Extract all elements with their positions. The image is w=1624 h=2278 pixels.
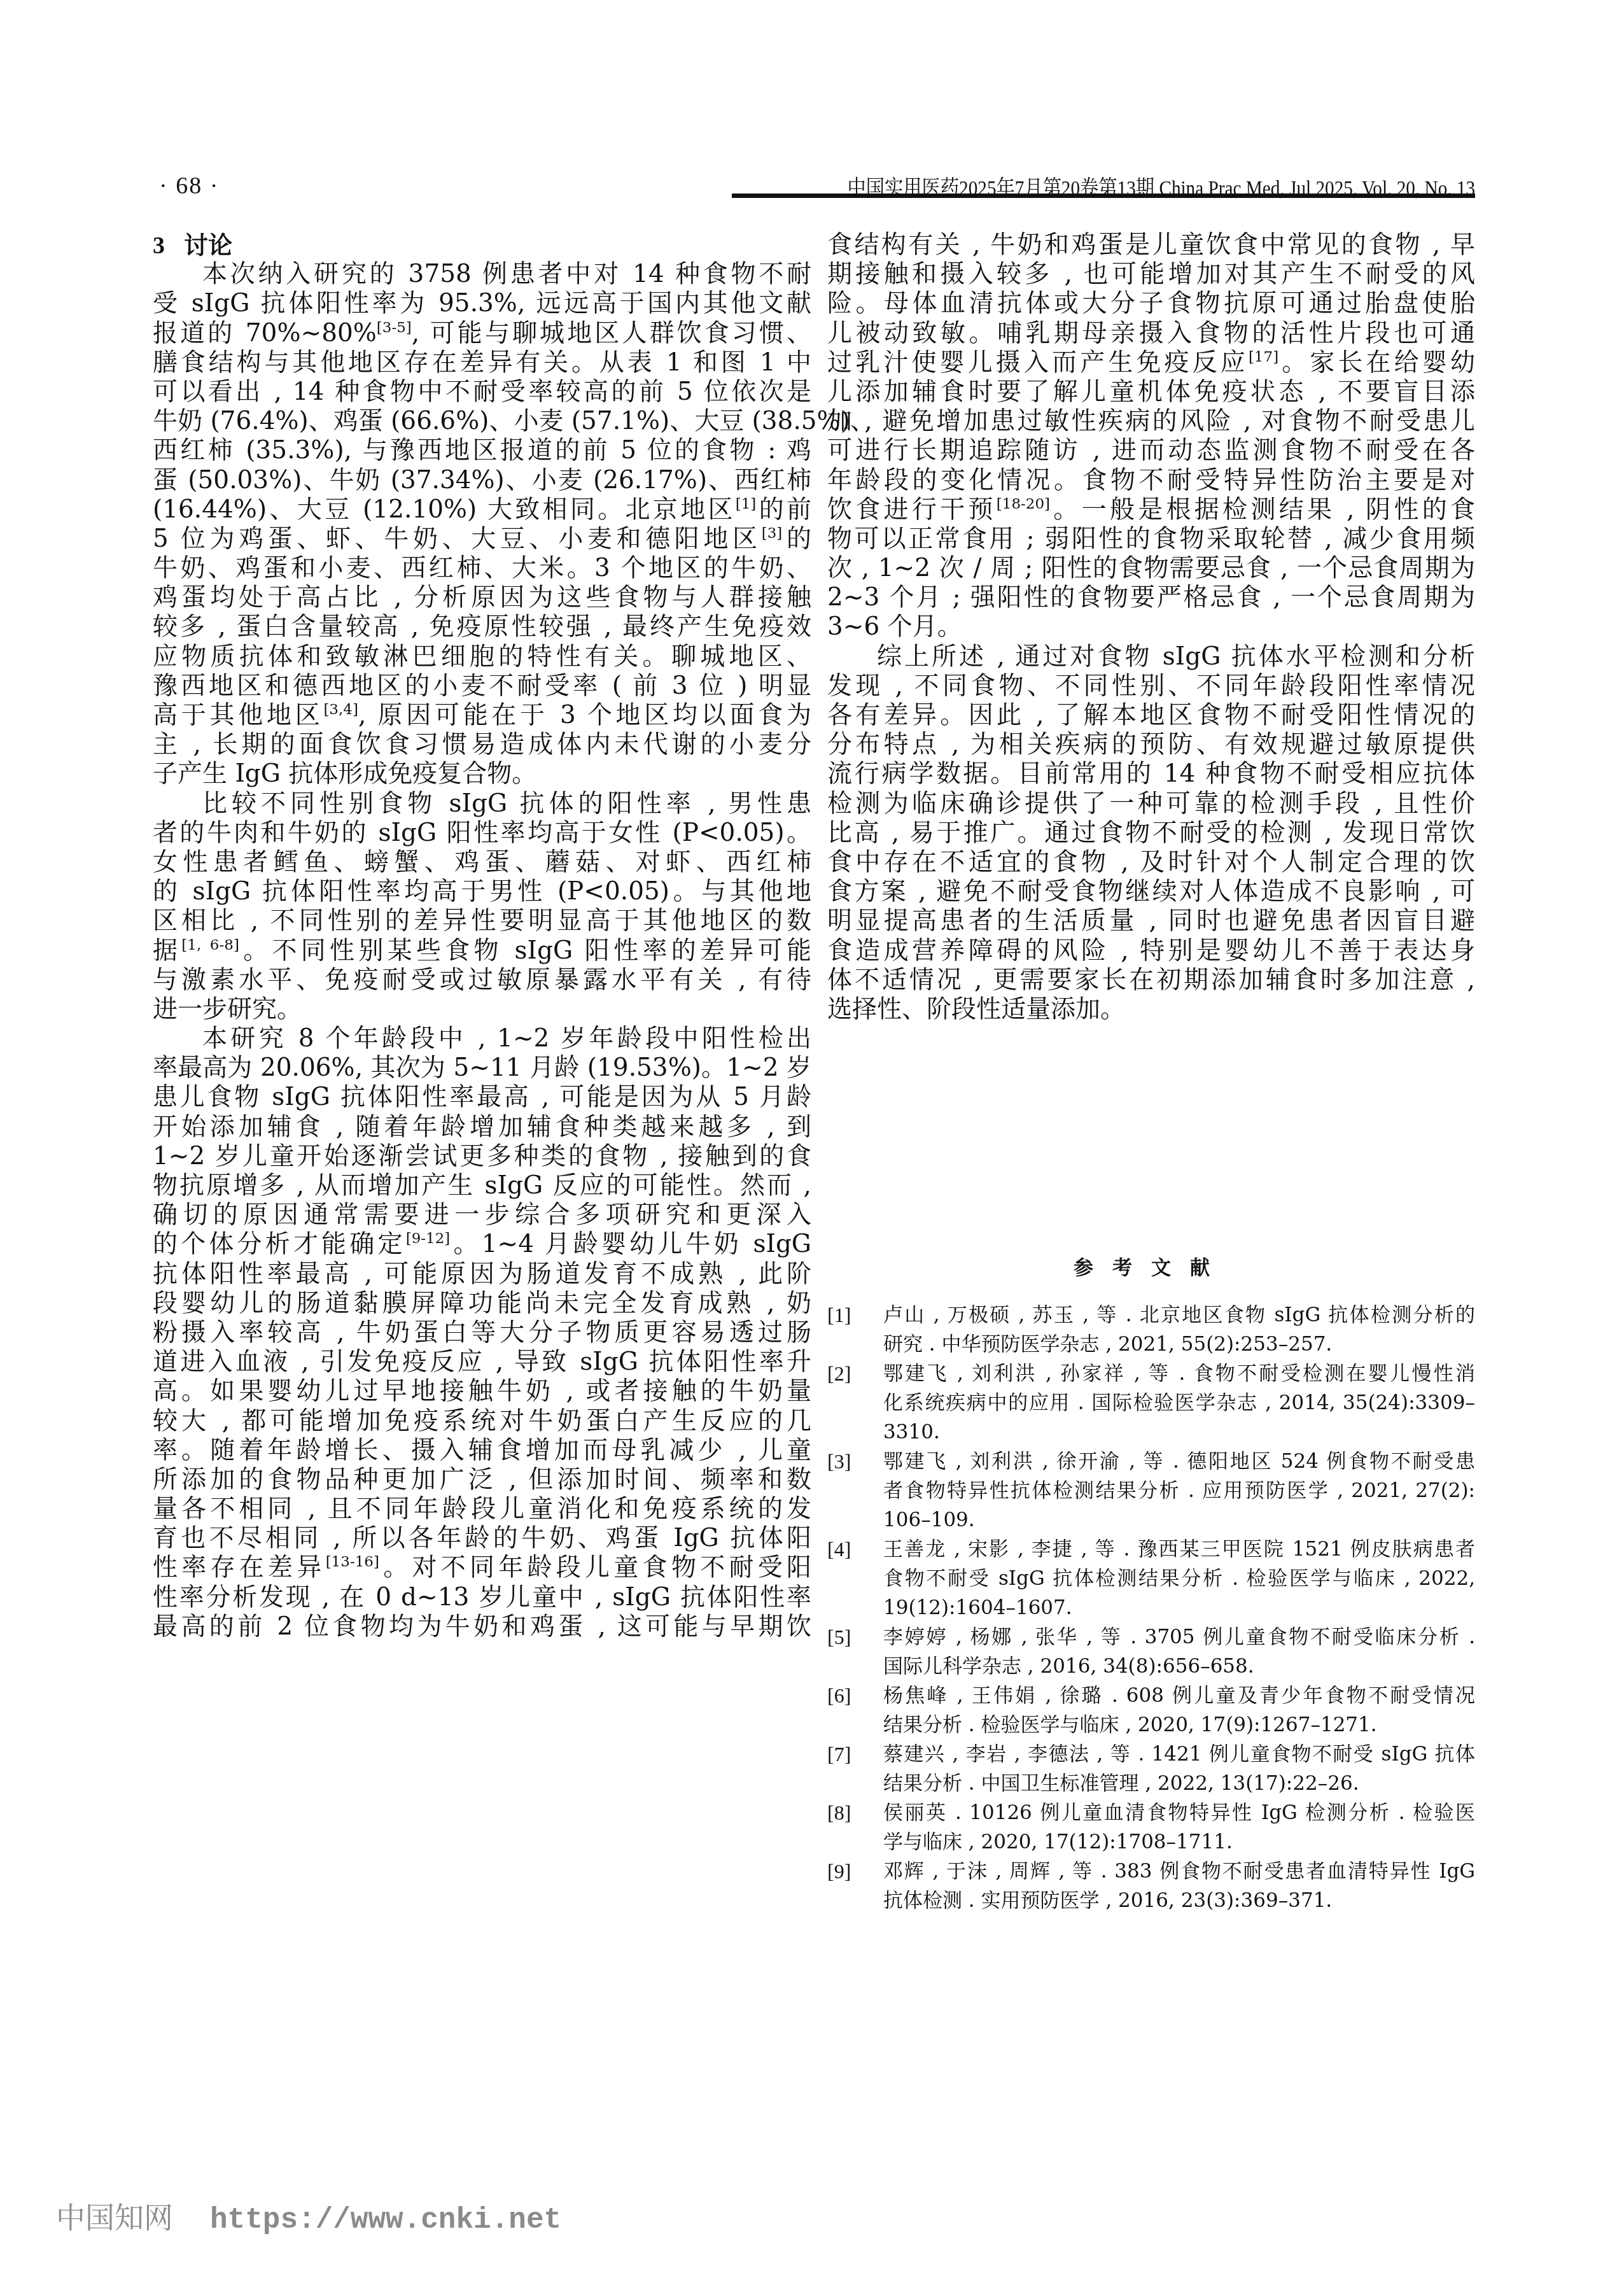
text-line: 主 , 长期的面食饮食习惯易造成体内未代谢的小麦分 bbox=[153, 730, 811, 759]
line-text: 量各不相同 , 且不同年龄段儿童消化和免疫系统的发 bbox=[153, 1494, 811, 1523]
line-text: 与激素水平、免疫耐受或过敏原暴露水平有关 , 有待 bbox=[153, 966, 811, 994]
reference-number: [6] bbox=[827, 1681, 851, 1710]
text-line: 流行病学数据。目前常用的 14 种食物不耐受相应抗体 bbox=[827, 759, 1475, 789]
citation-marker[interactable]: [13-16] bbox=[326, 1554, 379, 1570]
text-line: 各有差异。因此 , 了解本地区食物不耐受阳性情况的 bbox=[827, 701, 1475, 730]
text-line: 西红柿 (35.3%), 与豫西地区报道的前 5 位的食物 : 鸡 bbox=[153, 436, 811, 465]
line-text: 流行病学数据。目前常用的 14 种食物不耐受相应抗体 bbox=[827, 759, 1475, 788]
page-number: · 68 · bbox=[159, 172, 219, 200]
line-text-continued: , 原因可能在于 3 个地区均以面食为 bbox=[358, 701, 811, 729]
line-text: 的 sIgG 抗体阳性率均高于男性 (P<0.05)。与其他地 bbox=[153, 877, 811, 906]
reference-text-line: 鄂建飞 , 刘利洪 , 徐开渝 , 等 . 德阳地区 524 例食物不耐受患 bbox=[883, 1447, 1475, 1476]
line-text: 道进入血液 , 引发免疫反应 , 导致 sIgG 抗体阳性率升 bbox=[153, 1347, 811, 1376]
text-line: 食方案 , 避免不耐受食物继续对人体造成不良影响 , 可 bbox=[827, 877, 1475, 906]
reference-number: [3] bbox=[827, 1447, 851, 1476]
reference-number: [9] bbox=[827, 1857, 851, 1886]
text-line: 报道的 70%~80%[3-5], 可能与聊城地区人群饮食习惯、 bbox=[153, 319, 811, 348]
line-text: 西红柿 (35.3%), 与豫西地区报道的前 5 位的食物 : 鸡 bbox=[153, 436, 811, 465]
text-line: 体不适情况 , 更需要家长在初期添加辅食时多加注意 , bbox=[827, 966, 1475, 995]
text-line: 本次纳入研究的 3758 例患者中对 14 种食物不耐 bbox=[153, 260, 811, 289]
text-line: 物抗原增多 , 从而增加产生 sIgG 反应的可能性。然而 , bbox=[153, 1171, 811, 1200]
reference-text-line: 学与临床 , 2020, 17(12):1708–1711. bbox=[883, 1827, 1475, 1857]
text-line: 2~3 个月 ; 强阳性的食物要严格忌食 , 一个忌食周期为 bbox=[827, 583, 1475, 612]
line-text-continued: 。一般是根据检测结果 , 阴性的食 bbox=[1050, 495, 1475, 524]
text-line: 育也不尽相同 , 所以各年龄的牛奶、鸡蛋 IgG 抗体阳 bbox=[153, 1524, 811, 1553]
text-line: 膳食结构与其他地区存在差异有关。从表 1 和图 1 中 bbox=[153, 348, 811, 377]
text-line: 应物质抗体和致敏淋巴细胞的特性有关。聊城地区、 bbox=[153, 642, 811, 671]
line-text: 最高的前 2 位食物均为牛奶和鸡蛋 , 这可能与早期饮 bbox=[153, 1612, 811, 1641]
line-text: 儿被动致敏。哺乳期母亲摄入食物的活性片段也可通 bbox=[827, 319, 1475, 348]
text-line: 段婴幼儿的肠道黏膜屏障功能尚未完全发育成熟 , 奶 bbox=[153, 1289, 811, 1318]
reference-text-line: 杨焦峰 , 王伟娟 , 徐璐 . 608 例儿童及青少年食物不耐受情况 bbox=[883, 1681, 1475, 1710]
line-text: 可进行长期追踪随访 , 进而动态监测食物不耐受在各 bbox=[827, 436, 1475, 465]
text-line: 综上所述 , 通过对食物 sIgG 抗体水平检测和分析 bbox=[827, 642, 1475, 671]
line-text: 体不适情况 , 更需要家长在初期添加辅食时多加注意 , bbox=[827, 966, 1475, 994]
reference-text-line: 卢山 , 万极硕 , 苏玉 , 等 . 北京地区食物 sIgG 抗体检测分析的 bbox=[883, 1300, 1475, 1330]
reference-number: [1] bbox=[827, 1300, 851, 1330]
citation-marker[interactable]: [3,4] bbox=[323, 701, 358, 718]
line-text: 应物质抗体和致敏淋巴细胞的特性有关。聊城地区、 bbox=[153, 642, 811, 671]
line-text-continued: , 可能与聊城地区人群饮食习惯、 bbox=[412, 319, 811, 348]
text-line: 5 位为鸡蛋、虾、牛奶、大豆、小麦和德阳地区[3]的 bbox=[153, 524, 811, 554]
text-line: 道进入血液 , 引发免疫反应 , 导致 sIgG 抗体阳性率升 bbox=[153, 1347, 811, 1377]
left-column: 3讨论 本次纳入研究的 3758 例患者中对 14 种食物不耐受 sIgG 抗体… bbox=[153, 230, 811, 1642]
text-line: 牛奶 (76.4%)、鸡蛋 (66.6%)、小麦 (57.1%)、大豆 (38.… bbox=[153, 407, 811, 436]
text-line: 期接触和摄入较多 , 也可能增加对其产生不耐受的风 bbox=[827, 260, 1475, 289]
reference-text-line: 者食物特异性抗体检测结果分析 . 应用预防医学 , 2021, 27(2): bbox=[883, 1476, 1475, 1505]
text-line: 性率分析发现 , 在 0 d~13 岁儿童中 , sIgG 抗体阳性率 bbox=[153, 1583, 811, 1612]
line-text: 主 , 长期的面食饮食习惯易造成体内未代谢的小麦分 bbox=[153, 730, 811, 759]
reference-text-line: 19(12):1604–1607. bbox=[883, 1593, 1475, 1622]
reference-item: [5]李婷婷 , 杨娜 , 张华 , 等 . 3705 例儿童食物不耐受临床分析… bbox=[827, 1622, 1475, 1681]
line-text: 5 位为鸡蛋、虾、牛奶、大豆、小麦和德阳地区 bbox=[153, 524, 762, 553]
line-text: 较多 , 蛋白含量较高 , 免疫原性较强 , 最终产生免疫效 bbox=[153, 612, 811, 641]
text-line: 物可以正常食用 ; 弱阳性的食物采取轮替 , 减少食用频 bbox=[827, 524, 1475, 554]
line-text: 加 , 避免增加患过敏性疾病的风险 , 对食物不耐受患儿 bbox=[827, 407, 1475, 435]
reference-text-line: 李婷婷 , 杨娜 , 张华 , 等 . 3705 例儿童食物不耐受临床分析 . bbox=[883, 1622, 1475, 1652]
line-text: 膳食结构与其他地区存在差异有关。从表 1 和图 1 中 bbox=[153, 348, 811, 377]
line-text: 分布特点 , 为相关疾病的预防、有效规避过敏原提供 bbox=[827, 730, 1475, 759]
reference-item: [6]杨焦峰 , 王伟娟 , 徐璐 . 608 例儿童及青少年食物不耐受情况结果… bbox=[827, 1681, 1475, 1740]
reference-item: [7]蔡建兴 , 李岩 , 李德法 , 等 . 1421 例儿童食物不耐受 sI… bbox=[827, 1740, 1475, 1798]
line-text: 受 sIgG 抗体阳性率为 95.3%, 远远高于国内其他文献 bbox=[153, 289, 811, 318]
reference-text-line: 王善龙 , 宋影 , 李捷 , 等 . 豫西某三甲医院 1521 例皮肤病患者 bbox=[883, 1535, 1475, 1564]
cnki-watermark: 中国知网https://www.cnki.net bbox=[56, 2195, 561, 2237]
line-text: 患儿食物 sIgG 抗体阳性率最高 , 可能是因为从 5 月龄 bbox=[153, 1083, 811, 1111]
line-text: 比较不同性别食物 sIgG 抗体的阳性率 , 男性患 bbox=[202, 789, 811, 818]
line-text: 报道的 70%~80% bbox=[153, 319, 377, 348]
watermark-url[interactable]: https://www.cnki.net bbox=[210, 2204, 561, 2237]
line-text: 次 , 1~2 次 / 周 ; 阳性的食物需要忌食 , 一个忌食周期为 bbox=[827, 554, 1475, 582]
references-list: [1]卢山 , 万极硕 , 苏玉 , 等 . 北京地区食物 sIgG 抗体检测分… bbox=[827, 1300, 1475, 1915]
text-line: 3~6 个月。 bbox=[827, 612, 1475, 642]
line-text: 物抗原增多 , 从而增加产生 sIgG 反应的可能性。然而 , bbox=[153, 1171, 811, 1200]
line-text: 儿添加辅食时要了解儿童机体免疫状态 , 不要盲目添 bbox=[827, 377, 1475, 406]
line-text: 综上所述 , 通过对食物 sIgG 抗体水平检测和分析 bbox=[877, 642, 1475, 671]
text-line: 粉摄入率较高 , 牛奶蛋白等大分子物质更容易透过肠 bbox=[153, 1318, 811, 1347]
line-text: 粉摄入率较高 , 牛奶蛋白等大分子物质更容易透过肠 bbox=[153, 1318, 811, 1347]
reference-number: [7] bbox=[827, 1740, 851, 1769]
text-line: 区相比 , 不同性别的差异性要明显高于其他地区的数 bbox=[153, 906, 811, 936]
line-text: 的个体分析才能确定 bbox=[153, 1230, 406, 1258]
reference-text-line: 侯丽英 . 10126 例儿童血清食物特异性 IgG 检测分析 . 检验医 bbox=[883, 1798, 1475, 1827]
text-line: 可进行长期追踪随访 , 进而动态监测食物不耐受在各 bbox=[827, 436, 1475, 465]
line-text: 物可以正常食用 ; 弱阳性的食物采取轮替 , 减少食用频 bbox=[827, 524, 1475, 553]
reference-text-line: 国际儿科学杂志 , 2016, 34(8):656–658. bbox=[883, 1652, 1475, 1681]
line-text: 开始添加辅食 , 随着年龄增加辅食种类越来越多 , 到 bbox=[153, 1113, 811, 1141]
text-line: 蛋 (50.03%)、牛奶 (37.34%)、小麦 (26.17%)、西红柿 bbox=[153, 466, 811, 495]
reference-text-line: 结果分析 . 中国卫生标准管理 , 2022, 13(17):22–26. bbox=[883, 1769, 1475, 1798]
reference-text-line: 食物不耐受 sIgG 抗体检测结果分析 . 检验医学与临床 , 2022, bbox=[883, 1564, 1475, 1593]
text-line: 险。母体血清抗体或大分子食物抗原可通过胎盘使胎 bbox=[827, 289, 1475, 318]
reference-item: [8]侯丽英 . 10126 例儿童血清食物特异性 IgG 检测分析 . 检验医… bbox=[827, 1798, 1475, 1857]
text-line: 食中存在不适宜的食物 , 及时针对个人制定合理的饮 bbox=[827, 848, 1475, 877]
text-line: (16.44%)、大豆 (12.10%) 大致相同。北京地区[1]的前 bbox=[153, 495, 811, 524]
text-line: 发现 , 不同食物、不同性别、不同年龄段阳性率情况 bbox=[827, 671, 1475, 701]
text-line: 率。随着年龄增长、摄入辅食增加而母乳减少 , 儿童 bbox=[153, 1436, 811, 1465]
citation-marker[interactable]: [1, 6-8] bbox=[181, 937, 239, 953]
line-text: 子产生 IgG 抗体形成免疫复合物。 bbox=[153, 759, 536, 788]
line-text: 率最高为 20.06%, 其次为 5~11 月龄 (19.53%)。1~2 岁 bbox=[153, 1053, 811, 1082]
text-line: 量各不相同 , 且不同年龄段儿童消化和免疫系统的发 bbox=[153, 1494, 811, 1524]
line-text: 1~2 岁儿童开始逐渐尝试更多种类的食物 , 接触到的食 bbox=[153, 1142, 811, 1171]
line-text-continued: 。对不同年龄段儿童食物不耐受阳 bbox=[379, 1553, 811, 1582]
line-text-continued: 。家长在给婴幼 bbox=[1278, 348, 1475, 377]
line-text: 明显提高患者的生活质量 , 同时也避免患者因盲目避 bbox=[827, 906, 1475, 935]
line-text: (16.44%)、大豆 (12.10%) 大致相同。北京地区 bbox=[153, 495, 736, 524]
text-line: 性率存在差异[13-16]。对不同年龄段儿童食物不耐受阳 bbox=[153, 1553, 811, 1582]
text-line: 年龄段的变化情况。食物不耐受特异性防治主要是对 bbox=[827, 466, 1475, 495]
citation-marker[interactable]: [17] bbox=[1249, 349, 1278, 365]
text-line: 进一步研究。 bbox=[153, 995, 811, 1024]
text-line: 可以看出 , 14 种食物中不耐受率较高的前 5 位依次是 bbox=[153, 377, 811, 407]
line-text: 2~3 个月 ; 强阳性的食物要严格忌食 , 一个忌食周期为 bbox=[827, 583, 1475, 612]
text-line: 高。如果婴幼儿过早地接触牛奶 , 或者接触的牛奶量 bbox=[153, 1377, 811, 1406]
text-line: 子产生 IgG 抗体形成免疫复合物。 bbox=[153, 759, 811, 789]
text-line: 最高的前 2 位食物均为牛奶和鸡蛋 , 这可能与早期饮 bbox=[153, 1612, 811, 1642]
text-line: 检测为临床确诊提供了一种可靠的检测手段 , 且性价 bbox=[827, 789, 1475, 819]
text-line: 儿添加辅食时要了解儿童机体免疫状态 , 不要盲目添 bbox=[827, 377, 1475, 407]
line-text: 检测为临床确诊提供了一种可靠的检测手段 , 且性价 bbox=[827, 789, 1475, 818]
line-text: 饮食进行干预 bbox=[827, 495, 997, 524]
reference-text-line: 蔡建兴 , 李岩 , 李德法 , 等 . 1421 例儿童食物不耐受 sIgG … bbox=[883, 1740, 1475, 1769]
line-text: 选择性、阶段性适量添加。 bbox=[827, 995, 1125, 1023]
text-line: 食结构有关 , 牛奶和鸡蛋是儿童饮食中常见的食物 , 早 bbox=[827, 230, 1475, 260]
text-line: 所添加的食物品种更加广泛 , 但添加时间、频率和数 bbox=[153, 1465, 811, 1494]
text-line: 饮食进行干预[18-20]。一般是根据检测结果 , 阴性的食 bbox=[827, 495, 1475, 524]
text-line: 豫西地区和德西地区的小麦不耐受率 ( 前 3 位 ) 明显 bbox=[153, 671, 811, 701]
line-text: 进一步研究。 bbox=[153, 995, 302, 1023]
reference-text-line: 抗体检测 . 实用预防医学 , 2016, 23(3):369–371. bbox=[883, 1886, 1475, 1915]
line-text-continued: 的前 bbox=[756, 495, 811, 524]
text-line: 与激素水平、免疫耐受或过敏原暴露水平有关 , 有待 bbox=[153, 966, 811, 995]
reference-text-line: 化系统疾病中的应用 . 国际检验医学杂志 , 2014, 35(24):3309… bbox=[883, 1388, 1475, 1417]
line-text: 鸡蛋均处于高占比 , 分析原因为这些食物与人群接触 bbox=[153, 583, 811, 612]
line-text: 段婴幼儿的肠道黏膜屏障功能尚未完全发育成熟 , 奶 bbox=[153, 1289, 811, 1318]
reference-number: [2] bbox=[827, 1359, 851, 1388]
line-text-continued: 的 bbox=[782, 524, 811, 553]
text-line: 本研究 8 个年龄段中 , 1~2 岁年龄段中阳性检出 bbox=[153, 1024, 811, 1053]
line-text: 确切的原因通常需要进一步综合多项研究和更深入 bbox=[153, 1200, 811, 1229]
line-text: 高于其他地区 bbox=[153, 701, 323, 729]
text-line: 次 , 1~2 次 / 周 ; 阳性的食物需要忌食 , 一个忌食周期为 bbox=[827, 554, 1475, 583]
line-text: 性率分析发现 , 在 0 d~13 岁儿童中 , sIgG 抗体阳性率 bbox=[153, 1583, 811, 1612]
line-text: 较大 , 都可能增加免疫系统对牛奶蛋白产生反应的几 bbox=[153, 1407, 811, 1435]
text-line: 的个体分析才能确定[9-12]。1~4 月龄婴幼儿牛奶 sIgG bbox=[153, 1230, 811, 1259]
reference-item: [3]鄂建飞 , 刘利洪 , 徐开渝 , 等 . 德阳地区 524 例食物不耐受… bbox=[827, 1447, 1475, 1535]
text-line: 选择性、阶段性适量添加。 bbox=[827, 995, 1475, 1024]
reference-text-line: 研究 . 中华预防医学杂志 , 2021, 55(2):253–257. bbox=[883, 1330, 1475, 1359]
line-text: 可以看出 , 14 种食物中不耐受率较高的前 5 位依次是 bbox=[153, 377, 811, 406]
reference-text-line: 3310. bbox=[883, 1417, 1475, 1447]
reference-text-line: 结果分析 . 检验医学与临床 , 2020, 17(9):1267–1271. bbox=[883, 1710, 1475, 1740]
text-line: 较大 , 都可能增加免疫系统对牛奶蛋白产生反应的几 bbox=[153, 1407, 811, 1436]
line-text: 高。如果婴幼儿过早地接触牛奶 , 或者接触的牛奶量 bbox=[153, 1377, 811, 1405]
citation-marker[interactable]: [3-5] bbox=[377, 320, 412, 336]
reference-text-line: 鄂建飞 , 刘利洪 , 孙家祥 , 等 . 食物不耐受检测在婴儿慢性消 bbox=[883, 1359, 1475, 1388]
line-text: 性率存在差异 bbox=[153, 1553, 326, 1582]
text-line: 女性患者鳕鱼、螃蟹、鸡蛋、蘑菇、对虾、西红柿 bbox=[153, 848, 811, 877]
reference-item: [1]卢山 , 万极硕 , 苏玉 , 等 . 北京地区食物 sIgG 抗体检测分… bbox=[827, 1300, 1475, 1359]
line-text: 区相比 , 不同性别的差异性要明显高于其他地区的数 bbox=[153, 906, 811, 935]
line-text: 女性患者鳕鱼、螃蟹、鸡蛋、蘑菇、对虾、西红柿 bbox=[153, 848, 811, 876]
text-line: 高于其他地区[3,4], 原因可能在于 3 个地区均以面食为 bbox=[153, 701, 811, 730]
line-text: 过乳汁使婴儿摄入而产生免疫反应 bbox=[827, 348, 1249, 377]
text-line: 比较不同性别食物 sIgG 抗体的阳性率 , 男性患 bbox=[153, 789, 811, 819]
references-heading: 参考文献 bbox=[827, 1251, 1475, 1280]
line-text: 期接触和摄入较多 , 也可能增加对其产生不耐受的风 bbox=[827, 260, 1475, 288]
text-line: 分布特点 , 为相关疾病的预防、有效规避过敏原提供 bbox=[827, 730, 1475, 759]
header-rule bbox=[732, 193, 1475, 198]
line-text: 牛奶 (76.4%)、鸡蛋 (66.6%)、小麦 (57.1%)、大豆 (38.… bbox=[153, 407, 875, 435]
line-text: 本研究 8 个年龄段中 , 1~2 岁年龄段中阳性检出 bbox=[202, 1024, 811, 1053]
line-text: 食结构有关 , 牛奶和鸡蛋是儿童饮食中常见的食物 , 早 bbox=[827, 230, 1475, 259]
line-text: 蛋 (50.03%)、牛奶 (37.34%)、小麦 (26.17%)、西红柿 bbox=[153, 466, 811, 495]
text-line: 率最高为 20.06%, 其次为 5~11 月龄 (19.53%)。1~2 岁 bbox=[153, 1053, 811, 1083]
line-text-continued: 。不同性别某些食物 sIgG 阳性率的差异可能 bbox=[239, 936, 811, 965]
line-text: 年龄段的变化情况。食物不耐受特异性防治主要是对 bbox=[827, 466, 1475, 495]
section-title: 讨论 bbox=[184, 231, 232, 259]
text-line: 明显提高患者的生活质量 , 同时也避免患者因盲目避 bbox=[827, 906, 1475, 936]
line-text: 食造成营养障碍的风险 , 特别是婴幼儿不善于表达身 bbox=[827, 936, 1475, 965]
line-text: 食方案 , 避免不耐受食物继续对人体造成不良影响 , 可 bbox=[827, 877, 1475, 906]
line-text: 豫西地区和德西地区的小麦不耐受率 ( 前 3 位 ) 明显 bbox=[153, 671, 811, 700]
reference-number: [4] bbox=[827, 1535, 851, 1564]
text-line: 儿被动致敏。哺乳期母亲摄入食物的活性片段也可通 bbox=[827, 319, 1475, 348]
text-line: 比高 , 易于推广。通过食物不耐受的检测 , 发现日常饮 bbox=[827, 819, 1475, 848]
reference-item: [4]王善龙 , 宋影 , 李捷 , 等 . 豫西某三甲医院 1521 例皮肤病… bbox=[827, 1535, 1475, 1622]
line-text: 率。随着年龄增长、摄入辅食增加而母乳减少 , 儿童 bbox=[153, 1436, 811, 1465]
citation-marker[interactable]: [1] bbox=[736, 496, 757, 512]
line-text: 育也不尽相同 , 所以各年龄的牛奶、鸡蛋 IgG 抗体阳 bbox=[153, 1524, 811, 1552]
text-line: 开始添加辅食 , 随着年龄增加辅食种类越来越多 , 到 bbox=[153, 1113, 811, 1142]
right-column-body: 食结构有关 , 牛奶和鸡蛋是儿童饮食中常见的食物 , 早期接触和摄入较多 , 也… bbox=[827, 230, 1475, 1024]
text-line: 者的牛肉和牛奶的 sIgG 阳性率均高于女性 (P<0.05)。 bbox=[153, 819, 811, 848]
citation-marker[interactable]: [18-20] bbox=[997, 496, 1050, 512]
reference-number: [8] bbox=[827, 1798, 851, 1827]
text-line: 的 sIgG 抗体阳性率均高于男性 (P<0.05)。与其他地 bbox=[153, 877, 811, 906]
text-line: 据[1, 6-8]。不同性别某些食物 sIgG 阳性率的差异可能 bbox=[153, 936, 811, 966]
reference-item: [2]鄂建飞 , 刘利洪 , 孙家祥 , 等 . 食物不耐受检测在婴儿慢性消化系… bbox=[827, 1359, 1475, 1447]
text-line: 受 sIgG 抗体阳性率为 95.3%, 远远高于国内其他文献 bbox=[153, 289, 811, 318]
right-column: 食结构有关 , 牛奶和鸡蛋是儿童饮食中常见的食物 , 早期接触和摄入较多 , 也… bbox=[827, 230, 1475, 1024]
reference-text-line: 106–109. bbox=[883, 1505, 1475, 1535]
text-line: 较多 , 蛋白含量较高 , 免疫原性较强 , 最终产生免疫效 bbox=[153, 612, 811, 642]
text-line: 确切的原因通常需要进一步综合多项研究和更深入 bbox=[153, 1200, 811, 1230]
section-heading: 3讨论 bbox=[153, 230, 811, 260]
text-line: 牛奶、鸡蛋和小麦、西红柿、大米。3 个地区的牛奶、 bbox=[153, 554, 811, 583]
line-text: 险。母体血清抗体或大分子食物抗原可通过胎盘使胎 bbox=[827, 289, 1475, 318]
line-text: 3~6 个月。 bbox=[827, 612, 962, 641]
line-text: 抗体阳性率最高 , 可能原因为肠道发育不成熟 , 此阶 bbox=[153, 1260, 811, 1288]
text-line: 1~2 岁儿童开始逐渐尝试更多种类的食物 , 接触到的食 bbox=[153, 1142, 811, 1171]
left-column-body: 本次纳入研究的 3758 例患者中对 14 种食物不耐受 sIgG 抗体阳性率为… bbox=[153, 260, 811, 1642]
citation-marker[interactable]: [9-12] bbox=[406, 1230, 451, 1247]
text-line: 过乳汁使婴儿摄入而产生免疫反应[17]。家长在给婴幼 bbox=[827, 348, 1475, 377]
line-text: 各有差异。因此 , 了解本地区食物不耐受阳性情况的 bbox=[827, 701, 1475, 729]
line-text: 据 bbox=[153, 936, 181, 965]
reference-text-line: 邓辉 , 于沫 , 周辉 , 等 . 383 例食物不耐受患者血清特异性 IgG bbox=[883, 1857, 1475, 1886]
watermark-site-name: 中国知网 bbox=[56, 2200, 173, 2235]
line-text: 比高 , 易于推广。通过食物不耐受的检测 , 发现日常饮 bbox=[827, 819, 1475, 847]
section-number: 3 bbox=[153, 232, 165, 259]
citation-marker[interactable]: [3] bbox=[762, 525, 783, 542]
line-text: 所添加的食物品种更加广泛 , 但添加时间、频率和数 bbox=[153, 1465, 811, 1494]
text-line: 食造成营养障碍的风险 , 特别是婴幼儿不善于表达身 bbox=[827, 936, 1475, 966]
line-text-continued: 。1~4 月龄婴幼儿牛奶 sIgG bbox=[450, 1230, 811, 1258]
reference-number: [5] bbox=[827, 1622, 851, 1652]
line-text: 本次纳入研究的 3758 例患者中对 14 种食物不耐 bbox=[202, 260, 811, 288]
text-line: 加 , 避免增加患过敏性疾病的风险 , 对食物不耐受患儿 bbox=[827, 407, 1475, 436]
line-text: 者的牛肉和牛奶的 sIgG 阳性率均高于女性 (P<0.05)。 bbox=[153, 819, 811, 847]
line-text: 食中存在不适宜的食物 , 及时针对个人制定合理的饮 bbox=[827, 848, 1475, 876]
line-text: 发现 , 不同食物、不同性别、不同年龄段阳性率情况 bbox=[827, 671, 1475, 700]
text-line: 患儿食物 sIgG 抗体阳性率最高 , 可能是因为从 5 月龄 bbox=[153, 1083, 811, 1112]
text-line: 抗体阳性率最高 , 可能原因为肠道发育不成熟 , 此阶 bbox=[153, 1260, 811, 1289]
text-line: 鸡蛋均处于高占比 , 分析原因为这些食物与人群接触 bbox=[153, 583, 811, 612]
line-text: 牛奶、鸡蛋和小麦、西红柿、大米。3 个地区的牛奶、 bbox=[153, 554, 811, 582]
reference-item: [9]邓辉 , 于沫 , 周辉 , 等 . 383 例食物不耐受患者血清特异性 … bbox=[827, 1857, 1475, 1915]
